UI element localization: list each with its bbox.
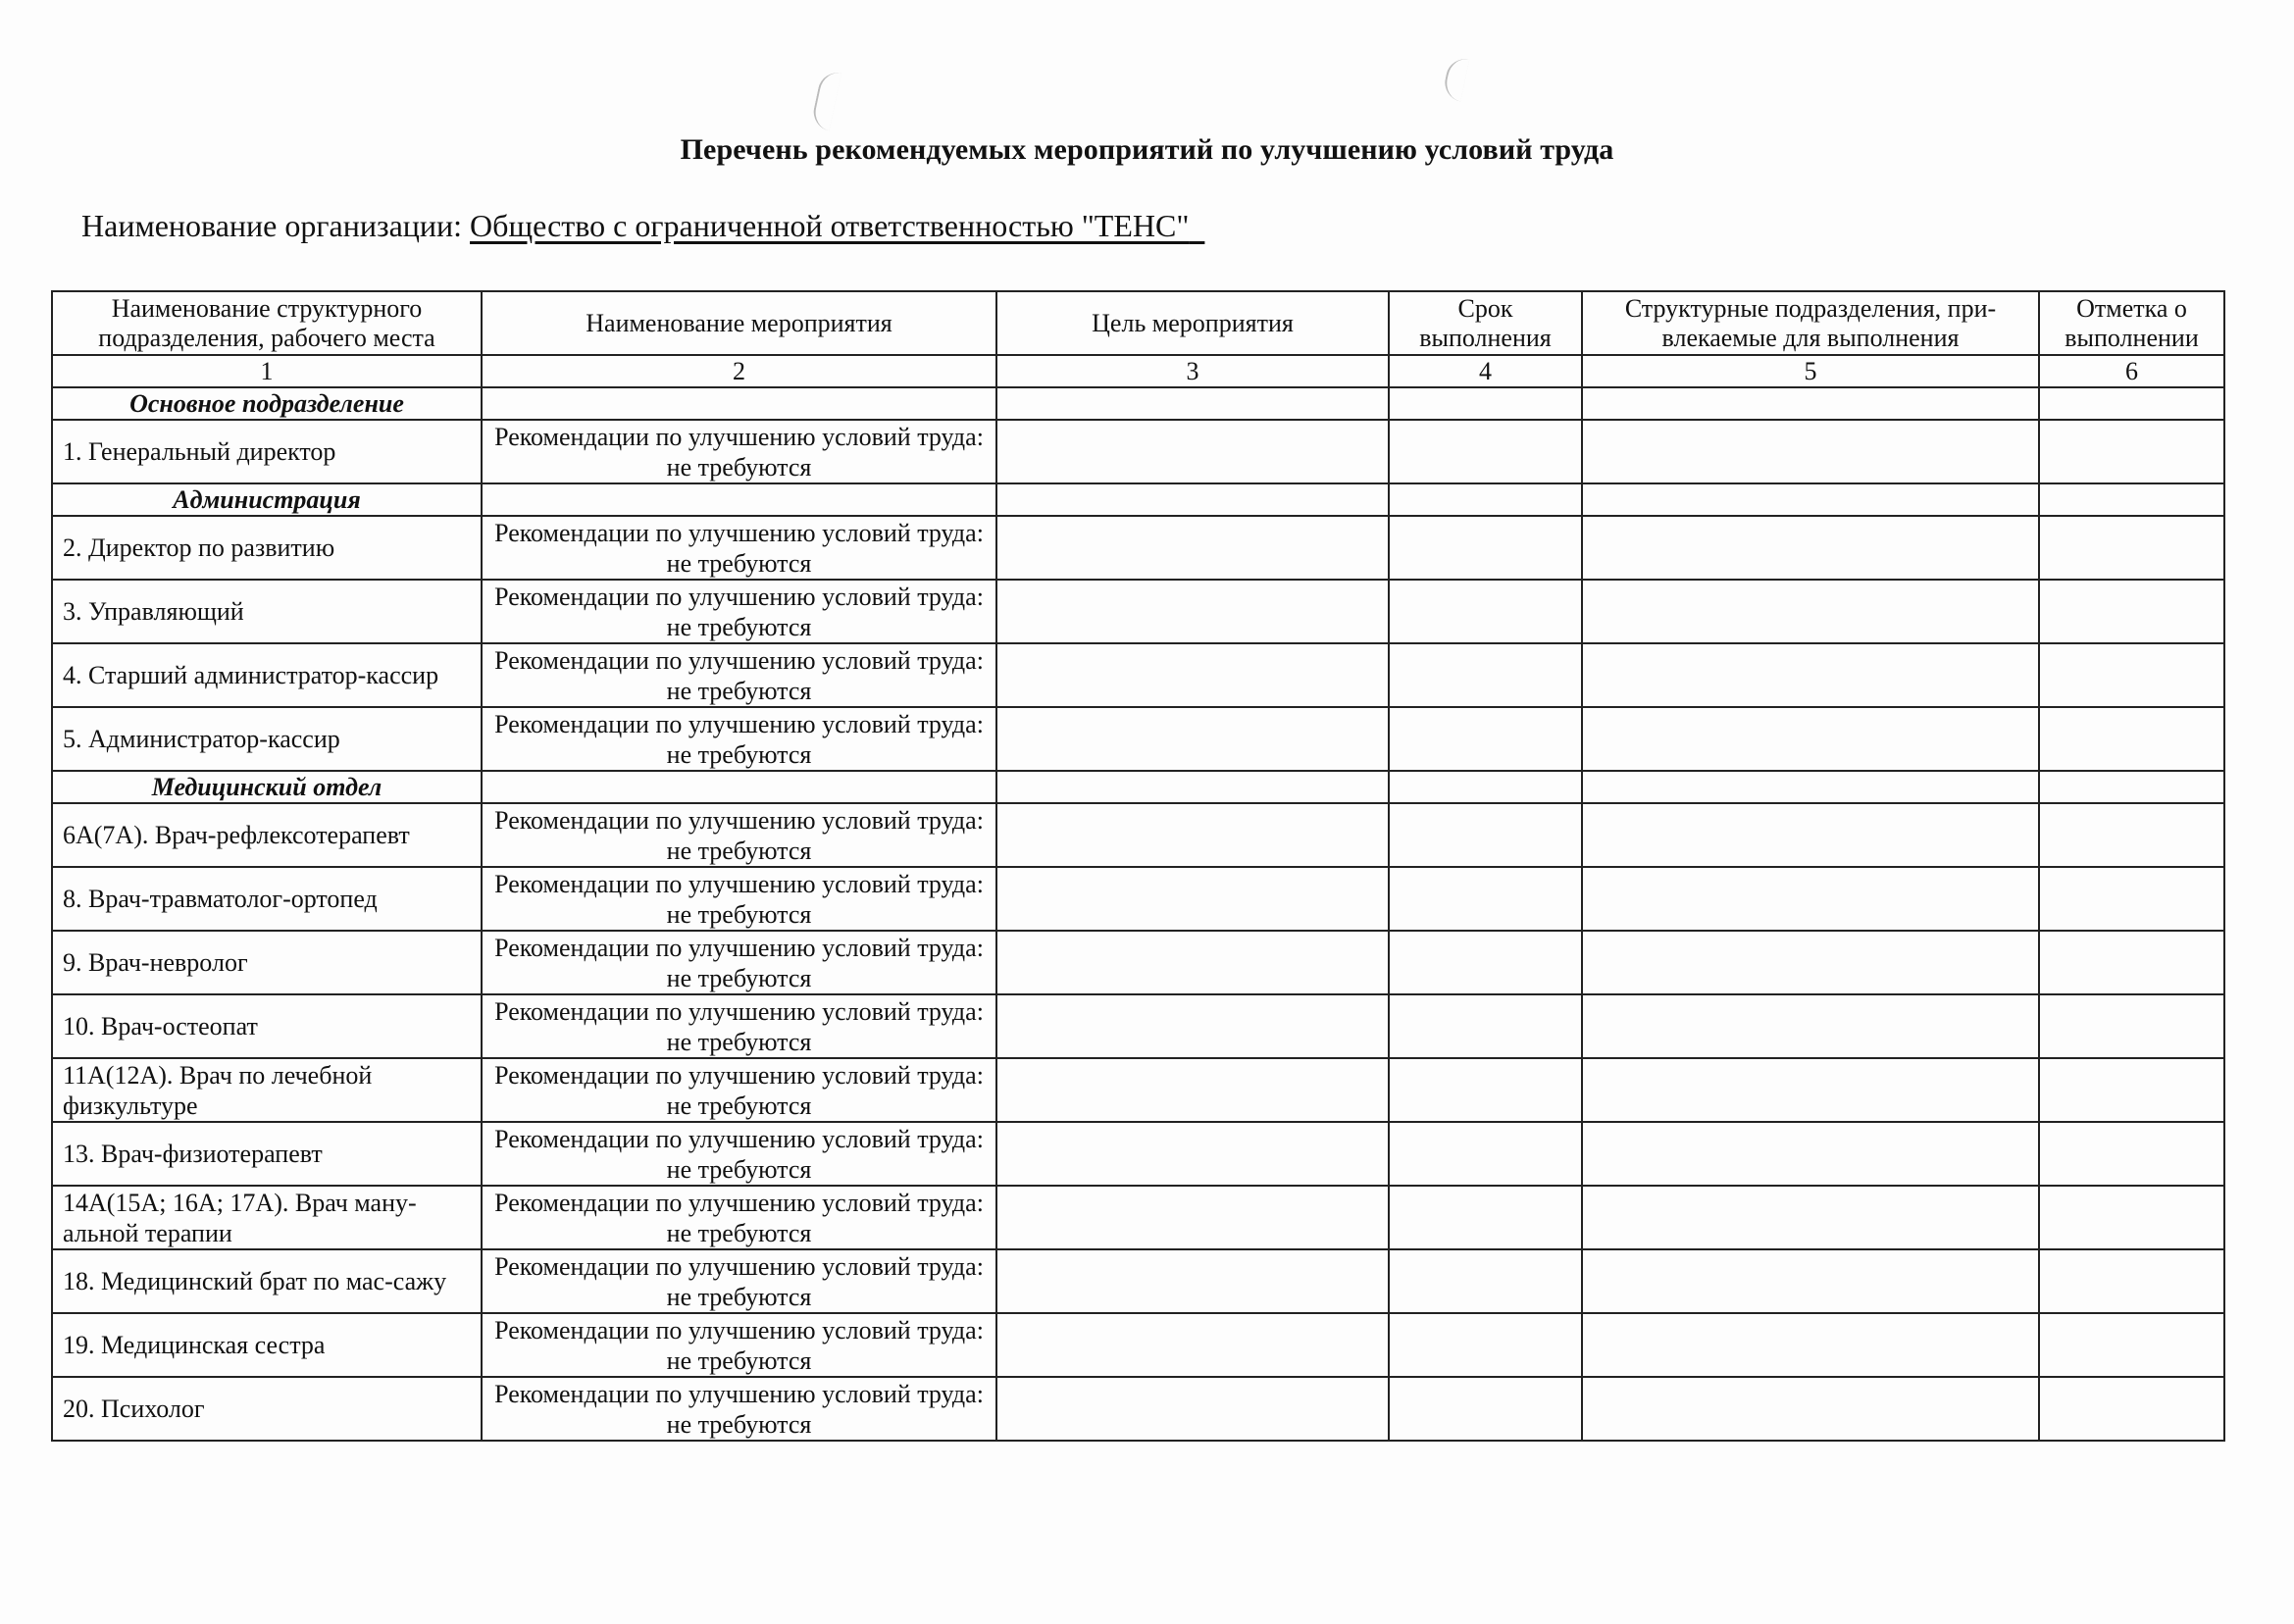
- table-row: 2. Директор по развитиюРекомендации по у…: [52, 516, 2224, 580]
- departments-cell: [1582, 420, 2039, 483]
- scan-artifact: [1442, 55, 1470, 101]
- completion-mark-cell: [2039, 1058, 2224, 1122]
- departments-cell: [1582, 1186, 2039, 1249]
- empty-cell: [1582, 771, 2039, 803]
- completion-mark-cell: [2039, 580, 2224, 643]
- section-row: Медицинский отдел: [52, 771, 2224, 803]
- column-number: 1: [52, 355, 482, 387]
- departments-cell: [1582, 580, 2039, 643]
- workplace-cell: 2. Директор по развитию: [52, 516, 482, 580]
- workplace-cell: 6А(7А). Врач-рефлексотерапевт: [52, 803, 482, 867]
- departments-cell: [1582, 643, 2039, 707]
- table-row: 14А(15А; 16А; 17А). Врач ману-альной тер…: [52, 1186, 2224, 1249]
- table-row: 18. Медицинский брат по мас-сажуРекоменд…: [52, 1249, 2224, 1313]
- scan-artifact: [810, 70, 841, 131]
- table-row: 1. Генеральный директорРекомендации по у…: [52, 420, 2224, 483]
- workplace-cell: 9. Врач-невролог: [52, 931, 482, 994]
- workplace-cell: 1. Генеральный директор: [52, 420, 482, 483]
- measure-cell: Рекомендации по улучшению условий труда:…: [482, 1186, 996, 1249]
- deadline-cell: [1389, 1122, 1582, 1186]
- completion-mark-cell: [2039, 707, 2224, 771]
- column-number: 6: [2039, 355, 2224, 387]
- measure-cell: Рекомендации по улучшению условий труда:…: [482, 931, 996, 994]
- deadline-cell: [1389, 420, 1582, 483]
- organization-line: Наименование организации:Общество с огра…: [81, 208, 1204, 244]
- table-row: 3. УправляющийРекомендации по улучшению …: [52, 580, 2224, 643]
- deadline-cell: [1389, 580, 1582, 643]
- section-row: Администрация: [52, 483, 2224, 516]
- table-row: 6А(7А). Врач-рефлексотерапевтРекомендаци…: [52, 803, 2224, 867]
- goal-cell: [996, 931, 1389, 994]
- completion-mark-cell: [2039, 994, 2224, 1058]
- section-label: Основное подразделение: [52, 387, 482, 420]
- goal-cell: [996, 994, 1389, 1058]
- table-row: 9. Врач-неврологРекомендации по улучшени…: [52, 931, 2224, 994]
- workplace-cell: 8. Врач-травматолог-ортопед: [52, 867, 482, 931]
- departments-cell: [1582, 1377, 2039, 1441]
- deadline-cell: [1389, 1313, 1582, 1377]
- empty-cell: [482, 387, 996, 420]
- measure-cell: Рекомендации по улучшению условий труда:…: [482, 420, 996, 483]
- departments-cell: [1582, 931, 2039, 994]
- completion-mark-cell: [2039, 1122, 2224, 1186]
- header-mark: Отметка о выполнении: [2039, 291, 2224, 355]
- measure-cell: Рекомендации по улучшению условий труда:…: [482, 643, 996, 707]
- deadline-cell: [1389, 707, 1582, 771]
- workplace-cell: 20. Психолог: [52, 1377, 482, 1441]
- goal-cell: [996, 803, 1389, 867]
- workplace-cell: 19. Медицинская сестра: [52, 1313, 482, 1377]
- workplace-cell: 18. Медицинский брат по мас-сажу: [52, 1249, 482, 1313]
- completion-mark-cell: [2039, 516, 2224, 580]
- deadline-cell: [1389, 1058, 1582, 1122]
- organization-label: Наименование организации:: [81, 208, 462, 243]
- workplace-cell: 4. Старший администратор-кассир: [52, 643, 482, 707]
- table-row: 11А(12А). Врач по лечебной физкультуреРе…: [52, 1058, 2224, 1122]
- goal-cell: [996, 1313, 1389, 1377]
- completion-mark-cell: [2039, 803, 2224, 867]
- table-row: 19. Медицинская сестраРекомендации по ул…: [52, 1313, 2224, 1377]
- measure-cell: Рекомендации по улучшению условий труда:…: [482, 707, 996, 771]
- departments-cell: [1582, 1122, 2039, 1186]
- document-title: Перечень рекомендуемых мероприятий по ул…: [0, 133, 2294, 167]
- table-body: Основное подразделение1. Генеральный дир…: [52, 387, 2224, 1441]
- empty-cell: [1389, 483, 1582, 516]
- goal-cell: [996, 707, 1389, 771]
- completion-mark-cell: [2039, 420, 2224, 483]
- workplace-cell: 13. Врач-физиотерапевт: [52, 1122, 482, 1186]
- empty-cell: [996, 771, 1389, 803]
- section-label: Медицинский отдел: [52, 771, 482, 803]
- completion-mark-cell: [2039, 1249, 2224, 1313]
- departments-cell: [1582, 994, 2039, 1058]
- deadline-cell: [1389, 803, 1582, 867]
- empty-cell: [1389, 771, 1582, 803]
- measure-cell: Рекомендации по улучшению условий труда:…: [482, 1313, 996, 1377]
- empty-cell: [482, 771, 996, 803]
- workplace-cell: 10. Врач-остеопат: [52, 994, 482, 1058]
- goal-cell: [996, 516, 1389, 580]
- header-goal: Цель мероприятия: [996, 291, 1389, 355]
- workplace-cell: 3. Управляющий: [52, 580, 482, 643]
- table-row: 5. Администратор-кассирРекомендации по у…: [52, 707, 2224, 771]
- column-number: 5: [1582, 355, 2039, 387]
- measure-cell: Рекомендации по улучшению условий труда:…: [482, 867, 996, 931]
- workplace-cell: 5. Администратор-кассир: [52, 707, 482, 771]
- measure-cell: Рекомендации по улучшению условий труда:…: [482, 994, 996, 1058]
- empty-cell: [996, 387, 1389, 420]
- empty-cell: [2039, 771, 2224, 803]
- empty-cell: [2039, 483, 2224, 516]
- departments-cell: [1582, 516, 2039, 580]
- table-row: 10. Врач-остеопатРекомендации по улучшен…: [52, 994, 2224, 1058]
- deadline-cell: [1389, 643, 1582, 707]
- measure-cell: Рекомендации по улучшению условий труда:…: [482, 803, 996, 867]
- measure-cell: Рекомендации по улучшению условий труда:…: [482, 1249, 996, 1313]
- deadline-cell: [1389, 516, 1582, 580]
- column-number: 4: [1389, 355, 1582, 387]
- goal-cell: [996, 643, 1389, 707]
- empty-cell: [482, 483, 996, 516]
- workplace-cell: 14А(15А; 16А; 17А). Врач ману-альной тер…: [52, 1186, 482, 1249]
- table-row: 13. Врач-физиотерапевтРекомендации по ул…: [52, 1122, 2224, 1186]
- header-row: Наименование структурного подразделения,…: [52, 291, 2224, 355]
- measure-cell: Рекомендации по улучшению условий труда:…: [482, 1122, 996, 1186]
- table-row: 4. Старший администратор-кассирРекоменда…: [52, 643, 2224, 707]
- empty-cell: [996, 483, 1389, 516]
- header-place: Наименование структурного подразделения,…: [52, 291, 482, 355]
- deadline-cell: [1389, 867, 1582, 931]
- empty-cell: [2039, 387, 2224, 420]
- column-number-row: 1 2 3 4 5 6: [52, 355, 2224, 387]
- deadline-cell: [1389, 1186, 1582, 1249]
- empty-cell: [1582, 483, 2039, 516]
- table-row: 8. Врач-травматолог-ортопедРекомендации …: [52, 867, 2224, 931]
- workplace-cell: 11А(12А). Врач по лечебной физкультуре: [52, 1058, 482, 1122]
- departments-cell: [1582, 1058, 2039, 1122]
- header-deadline: Срок выполнения: [1389, 291, 1582, 355]
- goal-cell: [996, 1377, 1389, 1441]
- empty-cell: [1389, 387, 1582, 420]
- goal-cell: [996, 1058, 1389, 1122]
- measure-cell: Рекомендации по улучшению условий труда:…: [482, 1377, 996, 1441]
- completion-mark-cell: [2039, 1377, 2224, 1441]
- organization-name: Общество с ограниченной ответственностью…: [470, 208, 1204, 243]
- column-number: 2: [482, 355, 996, 387]
- deadline-cell: [1389, 1377, 1582, 1441]
- deadline-cell: [1389, 931, 1582, 994]
- measure-cell: Рекомендации по улучшению условий труда:…: [482, 516, 996, 580]
- completion-mark-cell: [2039, 1313, 2224, 1377]
- completion-mark-cell: [2039, 931, 2224, 994]
- departments-cell: [1582, 1249, 2039, 1313]
- departments-cell: [1582, 867, 2039, 931]
- completion-mark-cell: [2039, 867, 2224, 931]
- section-label: Администрация: [52, 483, 482, 516]
- completion-mark-cell: [2039, 643, 2224, 707]
- goal-cell: [996, 580, 1389, 643]
- goal-cell: [996, 420, 1389, 483]
- measure-cell: Рекомендации по улучшению условий труда:…: [482, 580, 996, 643]
- deadline-cell: [1389, 994, 1582, 1058]
- departments-cell: [1582, 1313, 2039, 1377]
- completion-mark-cell: [2039, 1186, 2224, 1249]
- departments-cell: [1582, 707, 2039, 771]
- measures-table: Наименование структурного подразделения,…: [51, 290, 2225, 1442]
- measure-cell: Рекомендации по улучшению условий труда:…: [482, 1058, 996, 1122]
- deadline-cell: [1389, 1249, 1582, 1313]
- column-number: 3: [996, 355, 1389, 387]
- goal-cell: [996, 1186, 1389, 1249]
- header-departments: Структурные подразделения, при-влекаемые…: [1582, 291, 2039, 355]
- empty-cell: [1582, 387, 2039, 420]
- departments-cell: [1582, 803, 2039, 867]
- table-row: 20. ПсихологРекомендации по улучшению ус…: [52, 1377, 2224, 1441]
- section-row: Основное подразделение: [52, 387, 2224, 420]
- goal-cell: [996, 867, 1389, 931]
- header-measure: Наименование мероприятия: [482, 291, 996, 355]
- goal-cell: [996, 1122, 1389, 1186]
- goal-cell: [996, 1249, 1389, 1313]
